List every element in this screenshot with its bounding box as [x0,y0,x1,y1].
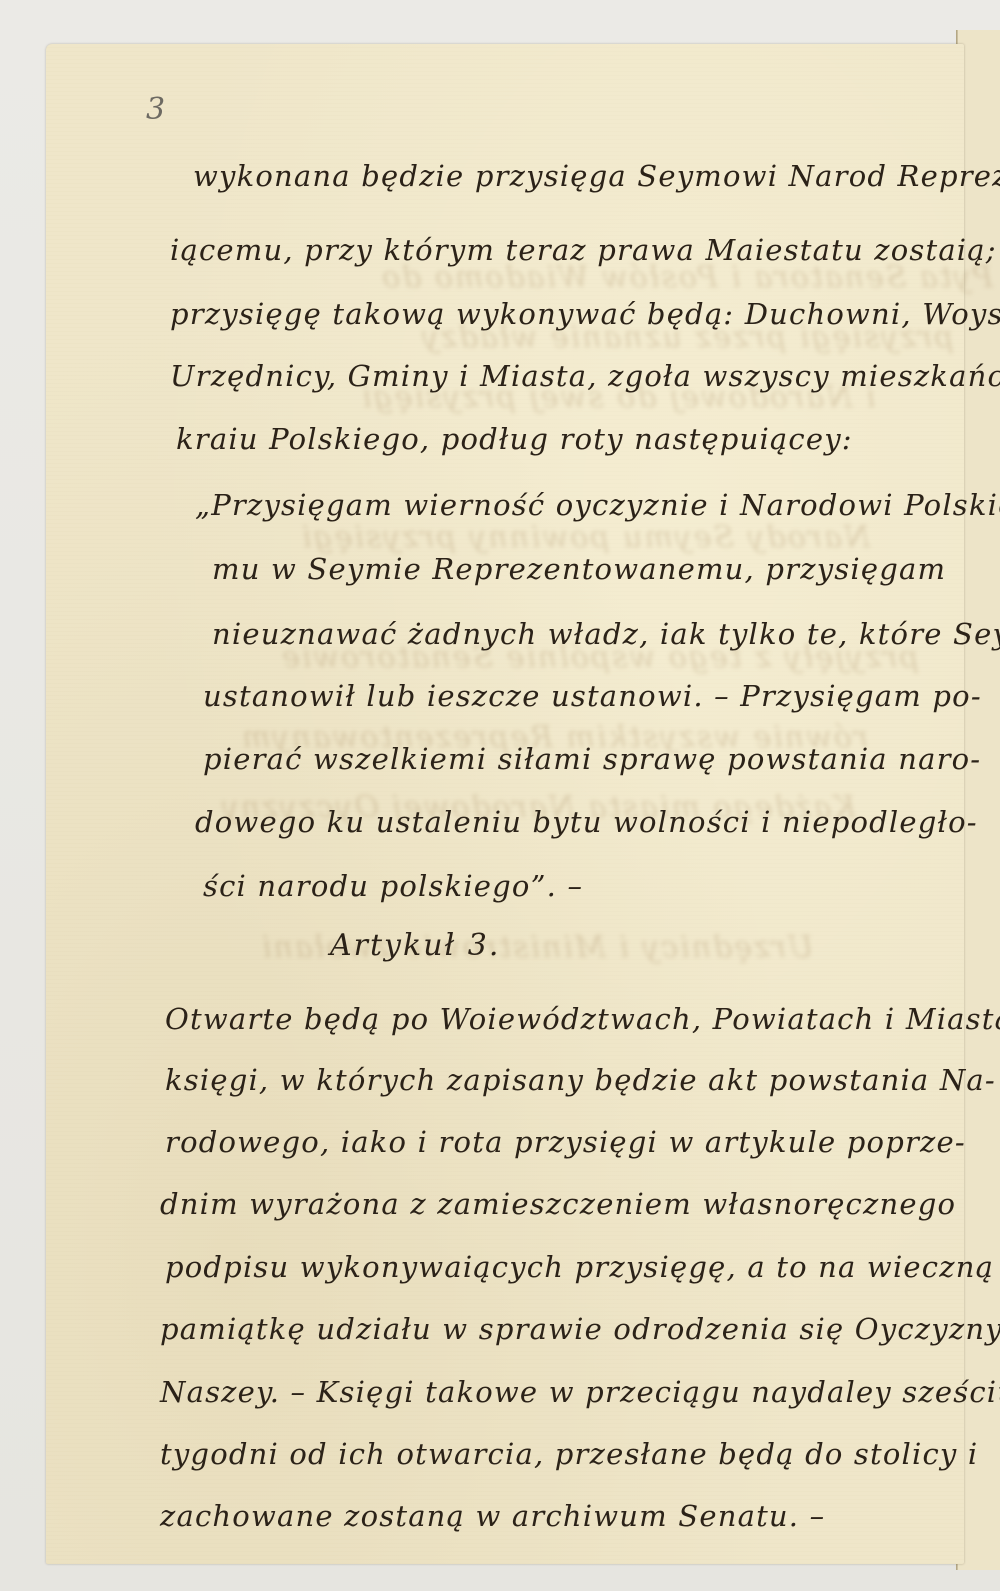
oath-line: dowego ku ustaleniu bytu wolności i niep… [195,808,978,837]
article-line: rodowego, iako i rota przysięgi w artyku… [165,1128,966,1157]
document-scan: Pyta Senatora i Posłów Wiadomo do przysi… [0,0,1000,1591]
page-number: 3 [146,92,165,127]
article-line: Otwarte będą po Woiewództwach, Powiatach… [165,1005,1000,1034]
oath-line: mu w Seymie Reprezentowanemu, przysięgam [212,555,946,584]
article-line: Naszey. – Księgi takowe w przeciągu nayd… [160,1378,1000,1407]
article-line: księgi, w których zapisany będzie akt po… [165,1066,996,1095]
article-line: pamiątkę udziału w sprawie odrodzenia si… [160,1315,1000,1344]
text-line: Urzędnicy, Gminy i Miasta, zgoła wszyscy… [170,362,1000,391]
text-line: wykonana będzie przysięga Seymowi Narod … [193,162,1000,191]
oath-line: nieuznawać żadnych władz, iak tylko te, … [212,620,1000,649]
article-line: podpisu wykonywaiących przysięgę, a to n… [165,1253,994,1282]
article-heading: Artykuł 3. [330,928,500,963]
text-line: iącemu, przy którym teraz prawa Maiestat… [170,236,997,265]
oath-line: „Przysięgam wierność oyczyznie i Narodow… [195,491,1000,520]
article-line: tygodni od ich otwarcia, przesłane będą … [160,1440,978,1469]
text-line: przysięgę takową wykonywać będą: Duchown… [170,300,1000,329]
oath-line: ustanowił lub ieszcze ustanowi. – Przysi… [203,682,982,711]
oath-line: pierać wszelkiemi siłami sprawę powstani… [203,745,981,774]
article-line: zachowane zostaną w archiwum Senatu. – [160,1502,825,1531]
article-line: dnim wyrażona z zamieszczeniem własnoręc… [160,1190,956,1219]
oath-line: ści narodu polskiego”. – [203,872,583,901]
text-line: kraiu Polskiego, podług roty następuiące… [176,425,853,454]
